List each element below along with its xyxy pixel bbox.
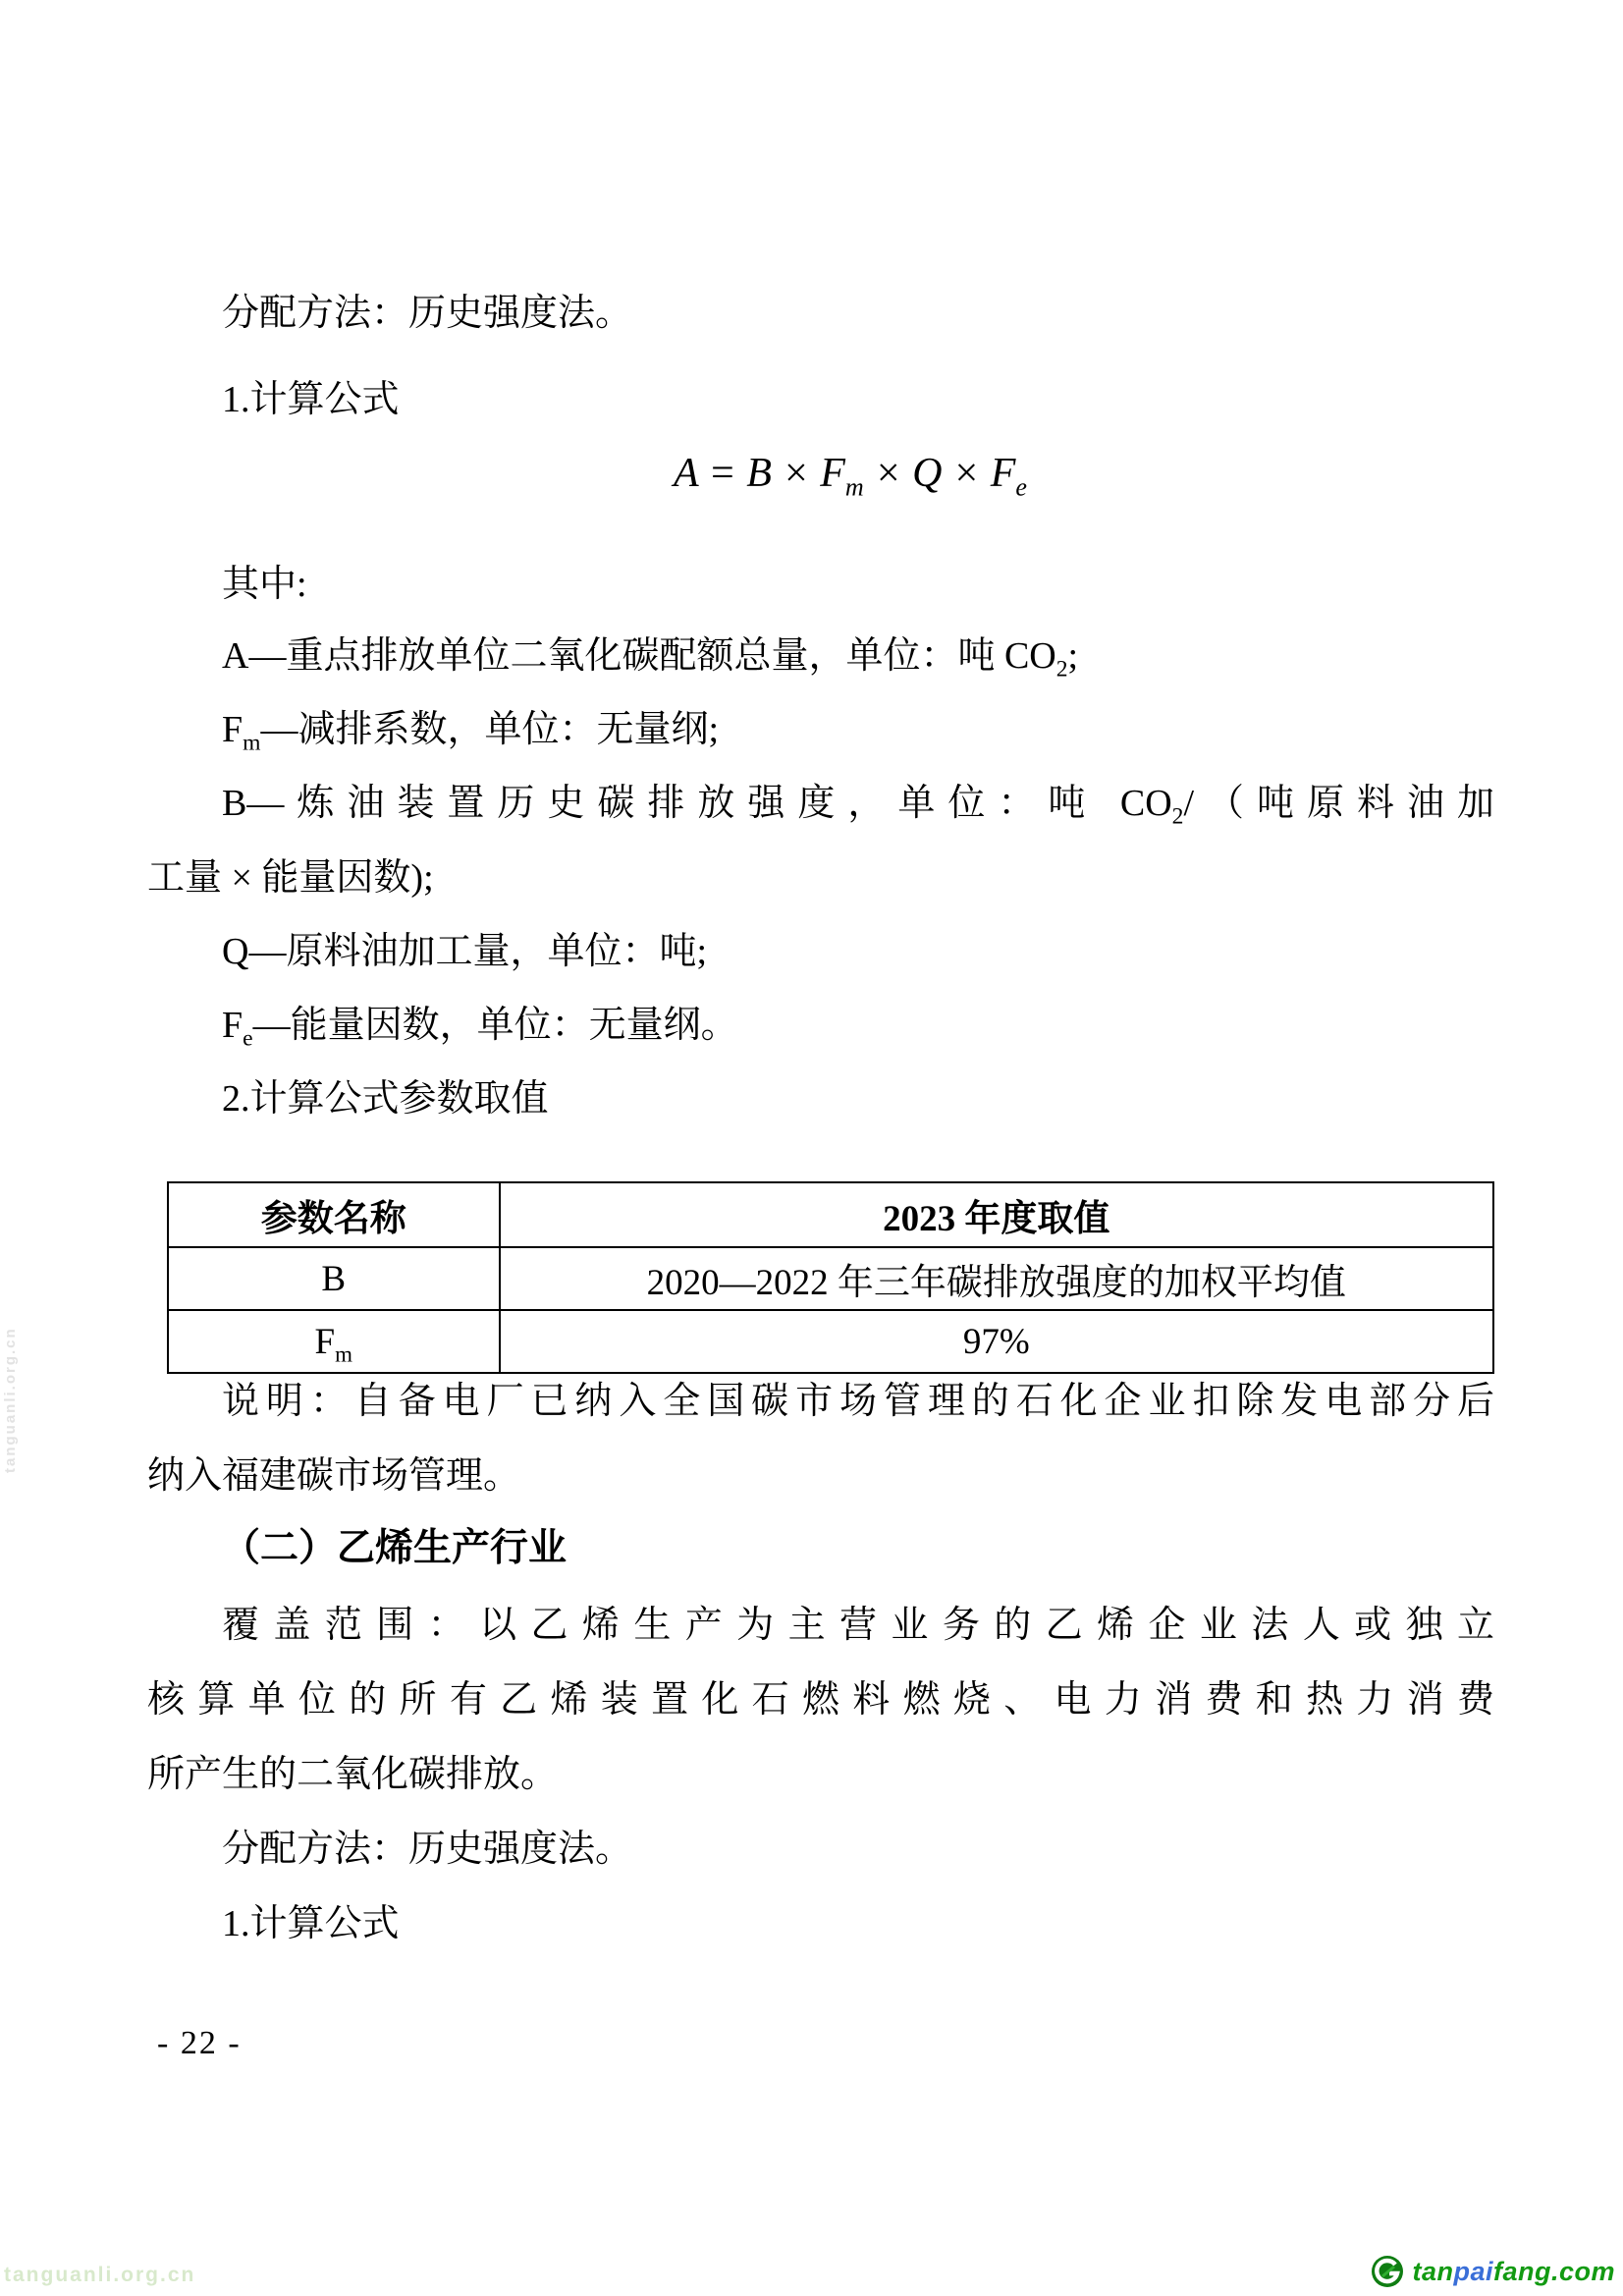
definition-A: A—重点排放单位二氧化碳配额总量，单位：吨 CO2; bbox=[222, 633, 1078, 679]
definition-B-line1: B—炼油装置历史碳排放强度，单位：吨 CO2/（吨原料油加 bbox=[222, 781, 1494, 826]
table-header-value: 2023 年度取值 bbox=[500, 1182, 1494, 1247]
table-header-row: 参数名称 2023 年度取值 bbox=[168, 1182, 1493, 1247]
definition-B-line2: 工量 × 能量因数); bbox=[147, 855, 434, 901]
para-among-which: 其中: bbox=[222, 562, 307, 607]
table-header-param: 参数名称 bbox=[168, 1182, 500, 1247]
allocation-formula: A = B × Fm × Q × Fe bbox=[147, 450, 1494, 497]
bottom-left-watermark: tanguanli.org.cn bbox=[4, 2264, 195, 2287]
page-number: - 22 - bbox=[157, 2025, 242, 2062]
definition-Fe: Fe—能量因数，单位：无量纲。 bbox=[222, 1003, 738, 1048]
document-page: 分配方法：历史强度法。 1.计算公式 A = B × Fm × Q × Fe 其… bbox=[0, 0, 1623, 2296]
table-row: B 2020—2022 年三年碳排放强度的加权平均值 bbox=[168, 1247, 1493, 1310]
definition-Fm: Fm—减排系数，单位：无量纲; bbox=[222, 707, 719, 752]
section-heading-ethylene: （二）乙烯生产行业 bbox=[222, 1526, 567, 1571]
scope-line1: 覆盖范围：以乙烯生产为主营业务的乙烯企业法人或独立 bbox=[222, 1603, 1494, 1648]
brand-text: tanpaifang.com bbox=[1412, 2257, 1615, 2287]
scope-line2: 核算单位的所有乙烯装置化石燃料燃烧、电力消费和热力消费 bbox=[147, 1677, 1494, 1722]
scope-line3: 所产生的二氧化碳排放。 bbox=[147, 1752, 558, 1797]
table-cell-value-B: 2020—2022 年三年碳排放强度的加权平均值 bbox=[500, 1247, 1494, 1310]
table-cell-value-Fm: 97% bbox=[500, 1310, 1494, 1373]
para-allocation-method-1: 分配方法：历史强度法。 bbox=[222, 291, 632, 336]
left-edge-watermark: tanguanli.org.cn bbox=[2, 1316, 19, 1473]
para-param-values-label: 2.计算公式参数取值 bbox=[222, 1076, 549, 1121]
para-calc-formula-label-2: 1.计算公式 bbox=[222, 1901, 400, 1946]
para-calc-formula-label-1: 1.计算公式 bbox=[222, 377, 400, 422]
tanpaifang-watermark: tanpaifang.com bbox=[1371, 2255, 1615, 2288]
tanpaifang-logo-icon bbox=[1371, 2255, 1404, 2288]
para-allocation-method-2: 分配方法：历史强度法。 bbox=[222, 1827, 632, 1872]
definition-Q: Q—原料油加工量，单位：吨; bbox=[222, 929, 707, 974]
note-line1: 说明：自备电厂已纳入全国碳市场管理的石化企业扣除发电部分后 bbox=[222, 1379, 1494, 1424]
table-row: Fm 97% bbox=[168, 1310, 1493, 1373]
table-cell-param-Fm: Fm bbox=[168, 1310, 500, 1373]
note-line2: 纳入福建碳市场管理。 bbox=[147, 1453, 520, 1499]
parameter-values-table: 参数名称 2023 年度取值 B 2020—2022 年三年碳排放强度的加权平均… bbox=[167, 1181, 1494, 1374]
table-cell-param-B: B bbox=[168, 1247, 500, 1310]
